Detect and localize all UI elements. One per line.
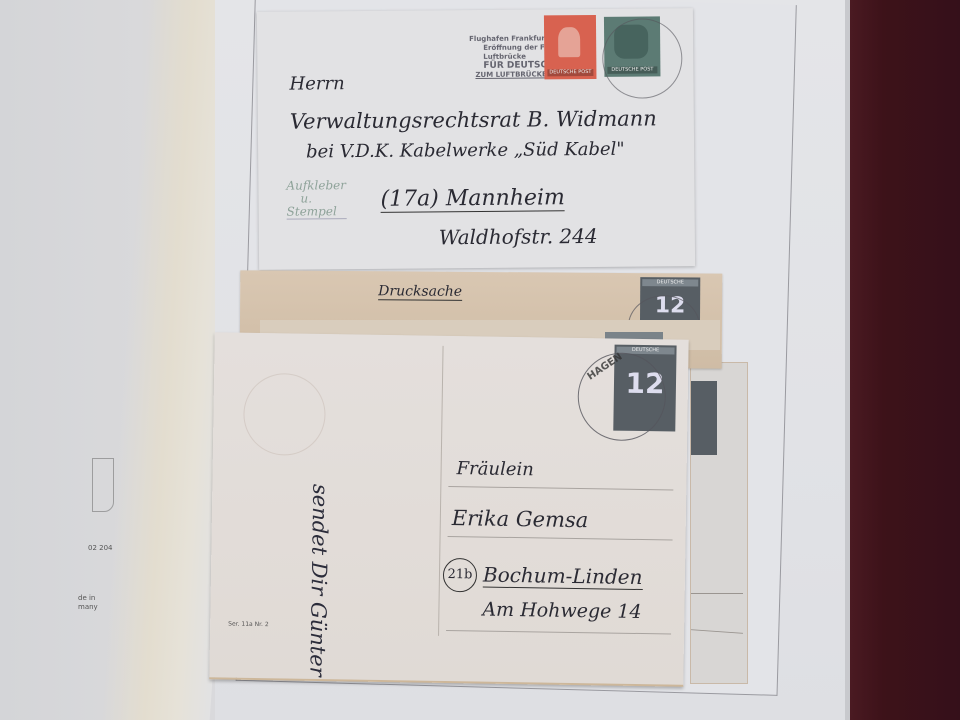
address-salutation: Herrn [289,73,344,94]
stamp-red: DEUTSCHE POST [544,15,597,79]
worker-figure-icon [558,27,580,57]
album-binding [850,0,960,720]
postcard-divider [438,346,444,636]
postmark-circle [602,18,683,99]
address-street: Waldhofstr. 244 [439,224,598,249]
address-city: Bochum-Linden [483,563,643,591]
address-name: Erika Gemsa [452,506,589,532]
faint-embossing [243,373,326,456]
address-street: Am Hohwege 14 [482,599,641,623]
address-salutation: Fräulein [456,458,534,480]
margin-mark: de in [78,594,95,602]
margin-mark: 02 204 [88,544,113,552]
address-name: Verwaltungsrechtsrat B. Widmann [290,106,657,133]
postcard-bochum: sendet Dir Günter Ser. 11a Nr. 2 DEUTSCH… [209,332,688,686]
drucksache-label: Drucksache [378,283,462,301]
margin-mark: many [78,603,98,611]
margin-logo-icon [92,458,114,512]
greeting-message: sendet Dir Günter [305,484,332,677]
publisher-mark: Ser. 11a Nr. 2 [228,621,269,629]
cover-envelope-mannheim: Flughafen Frankfurt Eröffnung der Flugpl… [257,8,695,270]
postal-zone-badge: 21b [443,558,478,593]
pencil-note: Aufkleber u. Stempel [286,179,346,220]
address-city: (17a) Mannheim [380,185,565,213]
address-company: bei V.D.K. Kabelwerke „Süd Kabel" [306,139,625,163]
cover-back-envelope [690,362,748,684]
stamp-grey-partial [691,381,717,455]
